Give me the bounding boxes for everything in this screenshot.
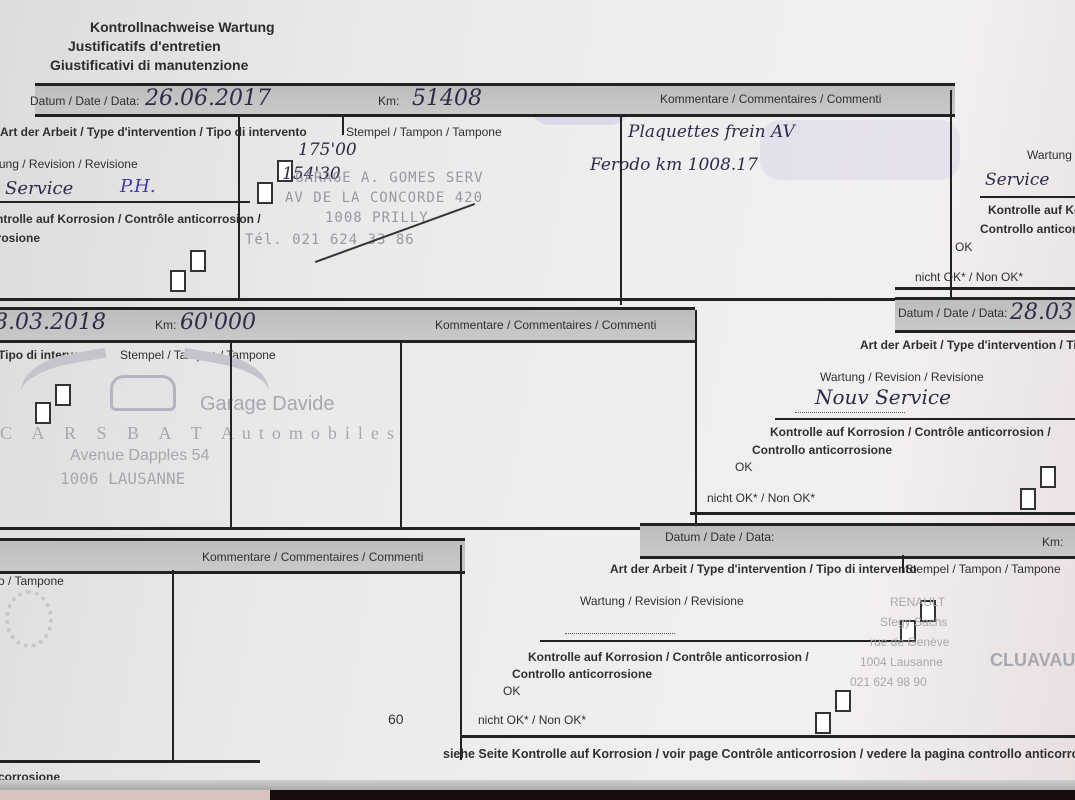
divider	[540, 640, 910, 642]
stamp-line: 1006 LAUSANNE	[60, 469, 185, 488]
entry-2b-revision-label: Wartung / Revision / Revisione	[820, 370, 984, 384]
right-corrosion-label-2: Controllo anticorrosione	[980, 222, 1075, 236]
stamp-line: Sfegy Sachs	[880, 615, 947, 629]
entry-2b-ok-checkbox[interactable]	[1040, 466, 1056, 488]
divider	[902, 555, 904, 573]
entry-3b-not-ok-checkbox[interactable]	[815, 712, 831, 734]
stamp-line: 1008 PRILLY	[325, 210, 429, 226]
divider	[620, 115, 622, 305]
entry-1-initials: P.H.	[120, 176, 156, 197]
divider	[980, 196, 1075, 198]
entry-2b-date-label: Datum / Date / Data:	[898, 306, 1007, 320]
entry-2-garage-stamp: Garage Davide C A R S B A T Automobiles …	[0, 355, 330, 495]
entry-3b-work-type-label: Art der Arbeit / Type d'intervention / T…	[610, 562, 917, 576]
divider	[460, 735, 1075, 738]
title-de: Kontrollnachweise Wartung	[50, 18, 370, 37]
entry-2b-corrosion-label-2: Controllo anticorrosione	[752, 443, 892, 457]
entry-2b-revision-value: Nouv Service	[815, 385, 951, 409]
right-revision-value: Service	[985, 170, 1049, 190]
entry-3b-date-label: Datum / Date / Data:	[665, 530, 774, 544]
entry-2b-not-ok-checkbox[interactable]	[1020, 488, 1036, 510]
footer-note: siehe Seite Kontrolle auf Korrosion / vo…	[443, 747, 1075, 761]
entry-2b-ok-label: OK	[735, 460, 752, 474]
entry-3b-not-ok-label: nicht OK* / Non OK*	[478, 713, 586, 727]
entry-1-comment-line-2: Ferodo km 1008.17	[590, 155, 758, 175]
entry-2b-corrosion-label: Kontrolle auf Korrosion / Contrôle antic…	[770, 425, 1051, 439]
stamp-line: 1004 Lausanne	[860, 655, 943, 669]
entry-1-revision-label: Wartung / Revision / Revisione	[0, 157, 138, 171]
divider	[460, 545, 462, 760]
entry-1-km-value: 51408	[412, 86, 482, 111]
document-title: Kontrollnachweise Wartung Justificatifs …	[50, 18, 370, 75]
divider	[172, 570, 174, 760]
divider	[0, 201, 250, 203]
stamp-line: Garage Davide	[200, 393, 335, 416]
entry-3b-revision-label: Wartung / Revision / Revisione	[580, 594, 744, 608]
entry-1-date-value: 26.06.2017	[145, 86, 271, 111]
divider	[342, 115, 344, 135]
divider	[950, 90, 952, 300]
entry-1-stamp-label: Stempel / Tampon / Tampone	[346, 125, 502, 139]
stamp-line: AV DE LA CONCORDE 420	[285, 190, 483, 206]
entry-1-bottom-border	[0, 298, 900, 301]
entry-3b-stamp-label: Stempel / Tampon / Tampone	[905, 562, 1061, 576]
entry-2-comments-label: Kommentare / Commentaires / Commenti	[435, 318, 656, 332]
stamp-line: CLUAVAUD	[990, 650, 1075, 671]
stamp-line: RENAULT	[890, 595, 945, 609]
divider	[775, 418, 1075, 420]
page-edge-shadow	[0, 780, 1075, 790]
faint-stamp-icon	[5, 590, 53, 648]
entry-1-corrosion-label: Kontrolle auf Korrosion / Contrôle antic…	[0, 212, 261, 226]
entry-2-km-label: Km:	[155, 318, 176, 332]
divider	[895, 287, 1075, 290]
title-it: Giustificativi di manutenzione	[50, 56, 370, 75]
entry-3b-ok-checkbox[interactable]	[835, 690, 851, 712]
divider	[230, 340, 232, 530]
entry-3-stamp-label-tail: o / Tampone	[0, 574, 64, 588]
divider	[400, 340, 402, 530]
stamp-line: rue de Genève	[870, 635, 949, 649]
divider	[238, 115, 240, 300]
entry-2b-revision-line	[795, 412, 905, 413]
entry-3b-ok-label: OK	[503, 684, 520, 698]
entry-1-revision-value: Service	[5, 178, 73, 199]
entry-1-comment-line-1: Plaquettes frein AV	[628, 122, 795, 142]
entry-2-date-value: 28.03.2018	[0, 310, 106, 335]
table-surface	[270, 790, 1075, 800]
entry-1-corrosion-label-2: Controllo anticorrosione	[0, 231, 40, 245]
divider	[695, 310, 697, 530]
right-corrosion-label: Kontrolle auf Korrosion / Contrôle antic…	[988, 203, 1075, 217]
page-number: 60	[388, 711, 404, 727]
entry-3b-revision-line	[565, 633, 675, 634]
stamp-line: Avenue Dapples 54	[70, 447, 209, 465]
entry-2b-work-type-label: Art der Arbeit / Type d'intervention / T…	[860, 338, 1075, 352]
desk-surface	[0, 790, 270, 800]
divider	[690, 512, 1075, 515]
title-fr: Justificatifs d'entretien	[50, 37, 370, 56]
entry-1-date-label: Datum / Date / Data:	[30, 94, 139, 108]
entry-1-comments-label: Kommentare / Commentaires / Commenti	[660, 92, 881, 106]
entry-1-not-ok-checkbox[interactable]	[170, 270, 186, 292]
entry-2b-date-value: 28.03	[1010, 300, 1073, 325]
entry-3b-km-label: Km:	[1042, 535, 1063, 549]
entry-1-km-label: Km:	[378, 94, 399, 108]
entry-2-bottom-border	[0, 527, 640, 530]
entry-3b-corrosion-label: Kontrolle auf Korrosion / Contrôle antic…	[528, 650, 809, 664]
entry-1-revision-checkbox-2[interactable]	[257, 182, 273, 204]
entry-3-bottom-border	[0, 760, 260, 763]
entry-2b-not-ok-label: nicht OK* / Non OK*	[707, 491, 815, 505]
entry-3b-corrosion-label-2: Controllo anticorrosione	[512, 667, 652, 681]
stamp-line: C A R S B A T Automobiles	[0, 423, 402, 444]
wing-left-icon	[16, 348, 113, 413]
car-logo-icon	[110, 375, 176, 411]
entry-1-stamp-km-a: 175'00	[298, 140, 357, 160]
entry-1-ok-checkbox[interactable]	[190, 250, 206, 272]
right-revision-label: Wartung / Revision / Revisione	[1027, 148, 1075, 162]
entry-3-comments-label: Kommentare / Commentaires / Commenti	[202, 550, 423, 564]
entry-1-work-type-label: Art der Arbeit / Type d'intervention / T…	[0, 125, 307, 139]
right-not-ok-label: nicht OK* / Non OK*	[915, 270, 1023, 284]
stamp-line: GARAGE A. GOMES SERV	[295, 170, 484, 186]
entry-2-km-value: 60'000	[180, 310, 256, 335]
stamp-line: 021 624 98 90	[850, 675, 927, 689]
right-ok-label: OK	[955, 240, 972, 254]
